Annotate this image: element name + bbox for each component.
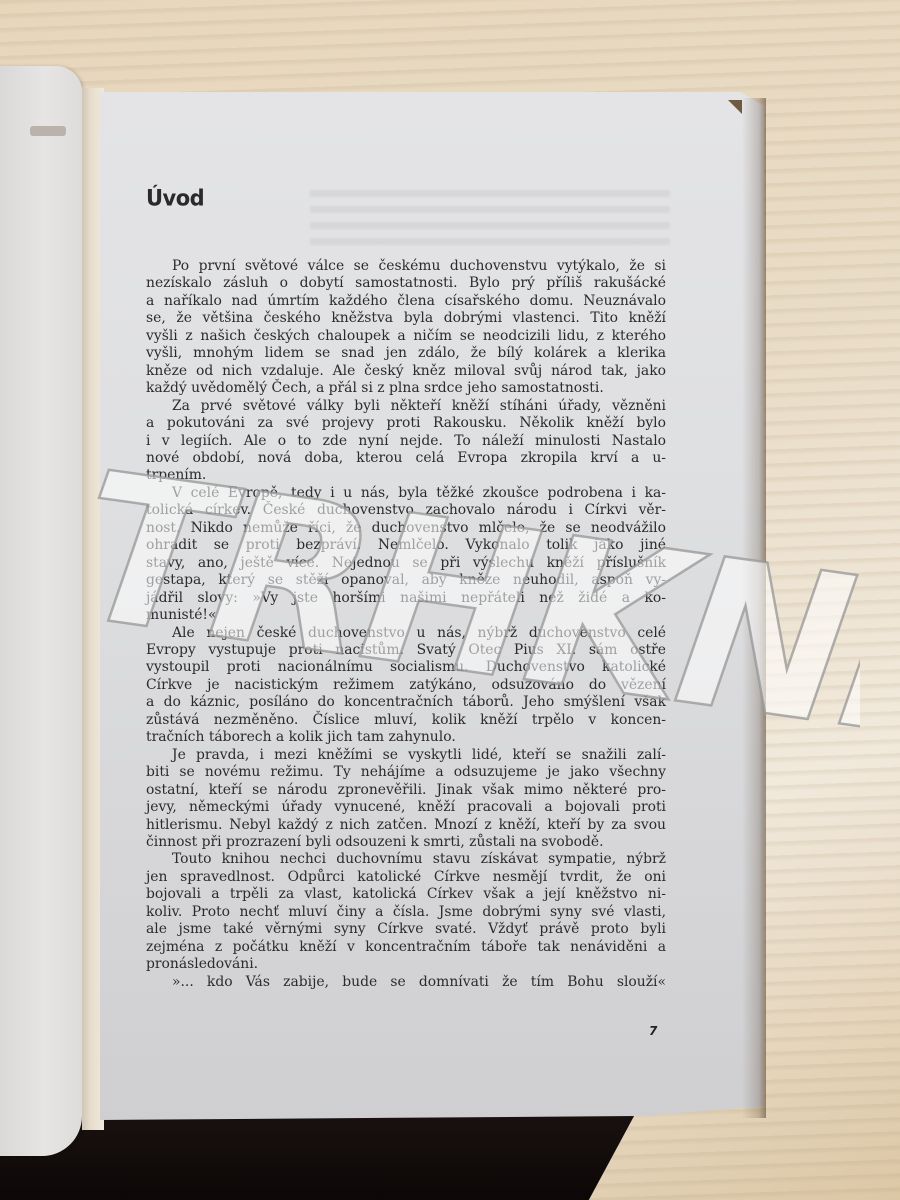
text-line: každý uvědomělý Čech, a přál si z plna s… bbox=[146, 380, 666, 397]
text-line: vystoupil proti nacionálnímu socialismu.… bbox=[146, 659, 666, 676]
text-line: pronásledováni. bbox=[146, 956, 666, 973]
chapter-heading: Úvod bbox=[146, 185, 666, 210]
text-line: ostatní, kteří se národu zpronevěřili. J… bbox=[146, 782, 666, 799]
text-line: nost. Nikdo nemůže říci, že duchovenstvo… bbox=[146, 520, 666, 537]
text-line: bojovali a trpěli za vlast, katolická Cí… bbox=[146, 886, 666, 903]
text-line: vyšli, mnohým lidem se snad jen zdálo, ž… bbox=[146, 345, 666, 362]
text-line: Touto knihou nechci duchovnímu stavu zís… bbox=[146, 851, 666, 868]
text-line: biti se novému režimu. Ty nehájíme a ods… bbox=[146, 764, 666, 781]
page-content: Úvod Po první světové válce se českému d… bbox=[146, 186, 666, 991]
text-line: ohradit se proti bezpráví. Nemlčelo. Vyk… bbox=[146, 537, 666, 554]
paragraph: Za prvé světové války byli někteří kněží… bbox=[146, 398, 666, 485]
left-page-top-edge bbox=[30, 126, 66, 136]
text-line: kněze od nich vzdaluje. Ale český kněz m… bbox=[146, 363, 666, 380]
paragraph: Ale nejen české duchovenstvo u nás, nýbr… bbox=[146, 625, 666, 747]
closing-quote: »... kdo Vás zabije, bude se domnívati ž… bbox=[146, 974, 666, 991]
text-line: koliv. Proto nechť mluví činy a čísla. J… bbox=[146, 904, 666, 921]
text-line: gestapa, který se stěží opanoval, aby kn… bbox=[146, 572, 666, 589]
body-text: Po první světové válce se českému duchov… bbox=[146, 258, 666, 974]
text-line: nové období, nová doba, kterou celá Evro… bbox=[146, 450, 666, 467]
paragraph: Po první světové válce se českému duchov… bbox=[146, 258, 666, 398]
text-line: a naříkalo nad úmrtím každého člena císa… bbox=[146, 293, 666, 310]
text-line: zejména z počátku kněží v koncentračním … bbox=[146, 939, 666, 956]
paragraph: Touto knihou nechci duchovnímu stavu zís… bbox=[146, 851, 666, 973]
text-line: Po první světové válce se českému duchov… bbox=[146, 258, 666, 275]
text-line: Je pravda, i mezi kněžími se vyskytli li… bbox=[146, 747, 666, 764]
text-line: trpením. bbox=[146, 467, 666, 484]
text-line: vyšli z našich českých chaloupek a ničím… bbox=[146, 328, 666, 345]
text-line: Ale nejen české duchovenstvo u nás, nýbr… bbox=[146, 625, 666, 642]
text-line: se, že většina českého kněžstva byla dob… bbox=[146, 310, 666, 327]
text-line: a pokutováni za své projevy proti Rakous… bbox=[146, 415, 666, 432]
text-line: i v legiích. Ale o to zde nyní nejde. To… bbox=[146, 433, 666, 450]
text-line: Církve je nacistickým režimem zatýkáno, … bbox=[146, 677, 666, 694]
text-line: ale jsme také věrnými syny Církve svaté.… bbox=[146, 921, 666, 938]
page-number: 7 bbox=[649, 1024, 657, 1038]
text-line: jen spravedlnost. Odpůrci katolické Círk… bbox=[146, 869, 666, 886]
page-edge-shadow bbox=[742, 98, 766, 1118]
text-line: V celé Evropě, tedy i u nás, byla těžké … bbox=[146, 485, 666, 502]
text-line: hitlerismu. Nebyl každý z nich zatčen. M… bbox=[146, 817, 666, 834]
paragraph: V celé Evropě, tedy i u nás, byla těžké … bbox=[146, 485, 666, 625]
text-line: Evropy vystupuje proti nacistům. Svatý O… bbox=[146, 642, 666, 659]
text-line: jádřil slovy: »Vy jste horšími našimi ne… bbox=[146, 590, 666, 607]
text-line: munisté!« bbox=[146, 607, 666, 624]
text-line: tolická církev. České duchovenstvo zacho… bbox=[146, 502, 666, 519]
text-line: a do káznic, posíláno do koncentračních … bbox=[146, 694, 666, 711]
text-line: tračních táborech a kolik jich tam zahyn… bbox=[146, 729, 666, 746]
text-line: jevy, německými úřady vynucené, kněží pr… bbox=[146, 799, 666, 816]
left-page bbox=[0, 66, 82, 1156]
text-line: stavy, ano, ještě více. Nejednou se při … bbox=[146, 555, 666, 572]
text-line: Za prvé světové války byli někteří kněží… bbox=[146, 398, 666, 415]
text-line: činnost při prozrazení byli odsouzeni k … bbox=[146, 834, 666, 851]
text-line: nezískalo zásluh o dobytí samostatnosti.… bbox=[146, 275, 666, 292]
text-line: zůstává nezměněno. Číslice mluví, kolik … bbox=[146, 712, 666, 729]
paragraph: Je pravda, i mezi kněžími se vyskytli li… bbox=[146, 747, 666, 852]
